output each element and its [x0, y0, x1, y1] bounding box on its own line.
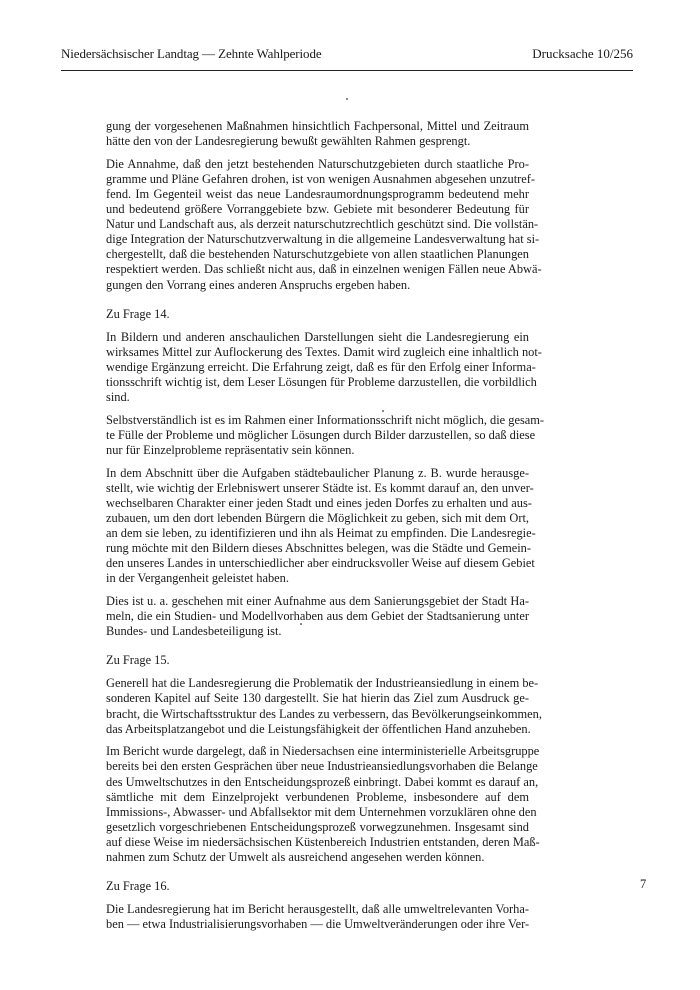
text-line: Natur und Landschaft aus, als derzeit na… [106, 217, 529, 232]
text-line: In dem Abschnitt über die Aufgaben städt… [106, 466, 529, 481]
header-document-number: Drucksache 10/256 [532, 46, 633, 62]
section-heading: Zu Frage 15. [106, 653, 529, 668]
text-line: Selbstverständlich ist es im Rahmen eine… [106, 413, 529, 428]
body-paragraph: gung der vorgesehenen Maßnahmen hinsicht… [106, 119, 529, 149]
text-line: respektiert werden. Das schließt nicht a… [106, 262, 529, 277]
body-paragraph: Generell hat die Landesregierung die Pro… [106, 676, 529, 736]
text-line: und bedeutend größere Vorranggebiete bzw… [106, 202, 529, 217]
text-line: te Fülle der Probleme und möglicher Lösu… [106, 428, 529, 443]
text-line: nur für Einzelprobleme repräsentativ sei… [106, 443, 529, 458]
text-line: tionsschrift wichtig ist, dem Leser Lösu… [106, 375, 529, 390]
text-line: Die Annahme, daß den jetzt bestehenden N… [106, 157, 529, 172]
text-line: in der Vergangenheit geleistet haben. [106, 571, 529, 586]
text-line: Bundes- und Landesbeteiligung ist. [106, 624, 529, 639]
text-line: das Arbeitsplatzangebot und die Leistung… [106, 722, 529, 737]
text-line: zubauen, um den dort lebenden Bürgern di… [106, 511, 529, 526]
text-line: Im Bericht wurde dargelegt, daß in Niede… [106, 744, 529, 759]
text-line: sämtliche mit dem Einzelprojekt verbunde… [106, 790, 529, 805]
body-paragraph: In Bildern und anderen anschaulichen Dar… [106, 330, 529, 405]
text-line: dige Integration der Naturschutzverwaltu… [106, 232, 529, 247]
text-line: sind. [106, 390, 529, 405]
text-line: ben — etwa Industrialisierungsvorhaben —… [106, 917, 529, 932]
text-line: fend. Im Gegenteil weist das neue Landes… [106, 187, 529, 202]
text-line: gramme und Pläne Gefahren drohen, ist vo… [106, 172, 529, 187]
section-heading: Zu Frage 14. [106, 307, 529, 322]
scan-speck [346, 98, 348, 100]
body-paragraph: Im Bericht wurde dargelegt, daß in Niede… [106, 744, 529, 865]
body-paragraph: Die Landesregierung hat im Bericht herau… [106, 902, 529, 932]
body-paragraph: Dies ist u. a. geschehen mit einer Aufna… [106, 594, 529, 639]
text-line: nahmen zum Schutz der Umwelt als ausreic… [106, 850, 529, 865]
text-line: stellt, wie wichtig der Erlebniswert uns… [106, 481, 529, 496]
text-line: hätte den von der Landesregierung bewußt… [106, 134, 529, 149]
text-line: bracht, die Wirtschaftsstruktur des Land… [106, 707, 529, 722]
text-line: chergestellt, daß die bestehenden Naturs… [106, 247, 529, 262]
section-heading: Zu Frage 16. [106, 879, 529, 894]
header-divider [61, 70, 633, 71]
text-line: wechselbaren Charakter einer jeden Stadt… [106, 496, 529, 511]
text-line: meln, die ein Studien- und Modellvorhabe… [106, 609, 529, 624]
text-line: wirksames Mittel zur Auflockerung des Te… [106, 345, 529, 360]
text-line: gung der vorgesehenen Maßnahmen hinsicht… [106, 119, 529, 134]
text-line: auf diese Weise im niedersächsischen Küs… [106, 835, 529, 850]
text-line: bereits bei den ersten Gesprächen über n… [106, 759, 529, 774]
text-line: des Umweltschutzes in den Entscheidungsp… [106, 775, 529, 790]
text-line: Dies ist u. a. geschehen mit einer Aufna… [106, 594, 529, 609]
text-line: an dem sie leben, zu identifizieren und … [106, 526, 529, 541]
document-body: gung der vorgesehenen Maßnahmen hinsicht… [106, 119, 529, 940]
text-line: wendige Ergänzung erreicht. Die Erfahrun… [106, 360, 529, 375]
text-line: Die Landesregierung hat im Bericht herau… [106, 902, 529, 917]
body-paragraph: Selbstverständlich ist es im Rahmen eine… [106, 413, 529, 458]
text-line: Generell hat die Landesregierung die Pro… [106, 676, 529, 691]
text-line: In Bildern und anderen anschaulichen Dar… [106, 330, 529, 345]
text-line: den unseres Landes in unterschiedlicher … [106, 556, 529, 571]
running-header: Niedersächsischer Landtag — Zehnte Wahlp… [61, 44, 633, 72]
body-paragraph: Die Annahme, daß den jetzt bestehenden N… [106, 157, 529, 293]
text-line: gungen den Vorrang eines anderen Anspruc… [106, 278, 529, 293]
text-line: Immissions-, Abwasser- und Abfallsektor … [106, 805, 529, 820]
text-line: sonderen Kapitel auf Seite 130 dargestel… [106, 691, 529, 706]
text-line: rung möchte mit den Bildern dieses Absch… [106, 541, 529, 556]
header-publication-title: Niedersächsischer Landtag — Zehnte Wahlp… [61, 46, 322, 62]
body-paragraph: In dem Abschnitt über die Aufgaben städt… [106, 466, 529, 587]
text-line: gesetzlich vorgeschriebenen Entscheidung… [106, 820, 529, 835]
page-number: 7 [640, 877, 646, 892]
